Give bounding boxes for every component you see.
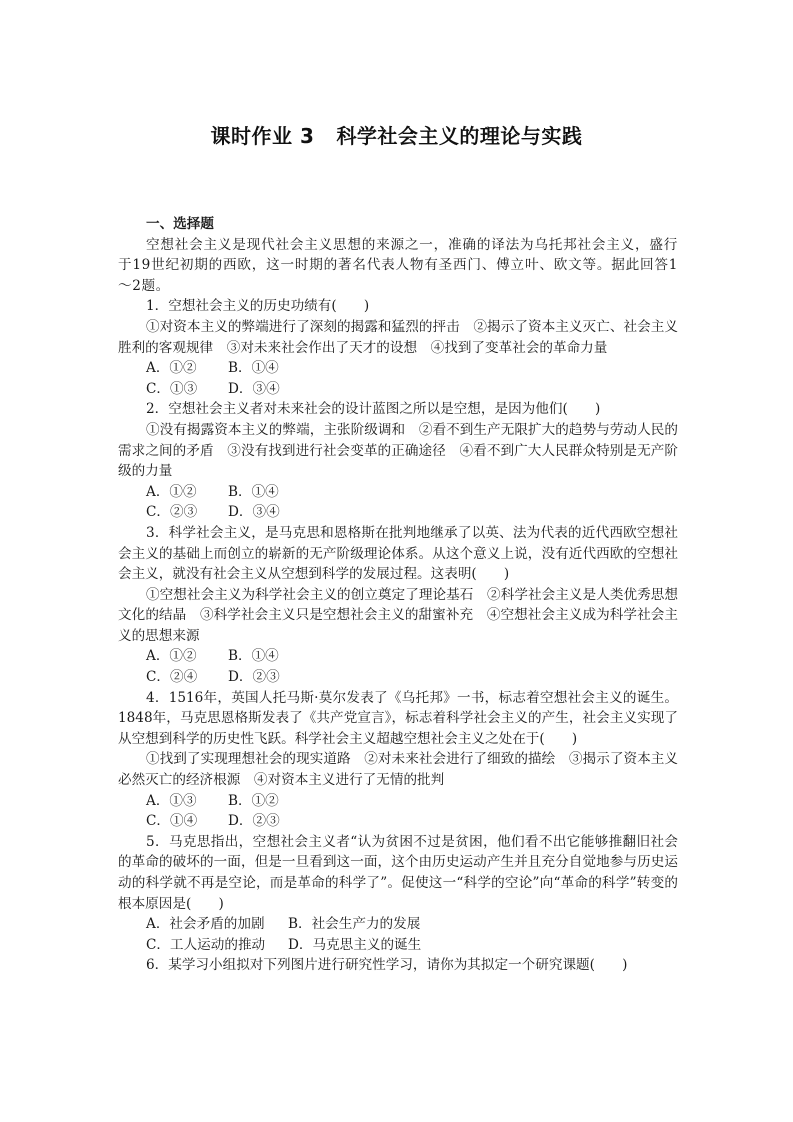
option-d[interactable]: D．③④: [228, 502, 280, 523]
option-b[interactable]: B．①④: [228, 646, 279, 667]
option-b[interactable]: B．①②: [228, 791, 279, 812]
option-c[interactable]: C．①④: [146, 811, 228, 832]
option-d[interactable]: D．③④: [228, 379, 280, 400]
option-a[interactable]: A．①③: [146, 791, 228, 812]
option-b[interactable]: B．社会生产力的发展: [288, 914, 420, 935]
options-row: C．②③D．③④: [118, 502, 678, 523]
option-a[interactable]: A．①②: [146, 646, 228, 667]
option-c[interactable]: C．①③: [146, 379, 228, 400]
option-a[interactable]: A．①②: [146, 482, 228, 503]
option-a[interactable]: A．社会矛盾的加剧: [146, 914, 288, 935]
options-row: C．工人运动的推动D．马克思主义的诞生: [118, 935, 678, 956]
question-stem: 3．科学社会主义，是马克思和恩格斯在批判地继承了以英、法为代表的近代西欧空想社会…: [118, 523, 678, 585]
question-statements: ①空想社会主义为科学社会主义的创立奠定了理论基石 ②科学社会主义是人类优秀思想文…: [118, 585, 678, 647]
question-3: 3．科学社会主义，是马克思和恩格斯在批判地继承了以英、法为代表的近代西欧空想社会…: [118, 523, 678, 688]
question-4: 4．1516年，英国人托马斯·莫尔发表了《乌托邦》一书，标志着空想社会主义的诞生…: [118, 688, 678, 832]
question-statements: ①没有揭露资本主义的弊端，主张阶级调和 ②看不到生产无限扩大的趋势与劳动人民的需…: [118, 420, 678, 482]
options-row: C．①④D．②③: [118, 811, 678, 832]
question-5: 5．马克思指出，空想社会主义者“认为贫困不过是贫困，他们看不出它能够推翻旧社会的…: [118, 832, 678, 956]
options-row: A．①②B．①④: [118, 358, 678, 379]
question-stem: 2．空想社会主义者对未来社会的设计蓝图之所以是空想，是因为他们( ): [118, 399, 678, 420]
options-row: C．①③D．③④: [118, 379, 678, 400]
intro-passage: 空想社会主义是现代社会主义思想的来源之一，准确的译法为乌托邦社会主义，盛行于19…: [118, 235, 678, 297]
question-stem: 6．某学习小组拟对下列图片进行研究性学习，请你为其拟定一个研究课题( ): [118, 955, 678, 976]
options-row: A．①②B．①④: [118, 482, 678, 503]
question-stem: 4．1516年，英国人托马斯·莫尔发表了《乌托邦》一书，标志着空想社会主义的诞生…: [118, 688, 678, 750]
question-2: 2．空想社会主义者对未来社会的设计蓝图之所以是空想，是因为他们( ) ①没有揭露…: [118, 399, 678, 523]
option-c[interactable]: C．②③: [146, 502, 228, 523]
title-main: 科学社会主义的理论与实践: [336, 124, 582, 148]
option-c[interactable]: C．②④: [146, 667, 228, 688]
document-page: 课时作业 3科学社会主义的理论与实践 一、选择题 空想社会主义是现代社会主义思想…: [0, 0, 793, 1122]
question-stem: 5．马克思指出，空想社会主义者“认为贫困不过是贫困，他们看不出它能够推翻旧社会的…: [118, 832, 678, 914]
options-row: C．②④D．②③: [118, 667, 678, 688]
question-stem: 1．空想社会主义的历史功绩有( ): [118, 296, 678, 317]
option-c[interactable]: C．工人运动的推动: [146, 935, 288, 956]
page-title: 课时作业 3科学社会主义的理论与实践: [0, 120, 793, 149]
option-a[interactable]: A．①②: [146, 358, 228, 379]
option-d[interactable]: D．②③: [228, 667, 280, 688]
options-row: A．社会矛盾的加剧B．社会生产力的发展: [118, 914, 678, 935]
section-heading: 一、选择题: [118, 214, 678, 235]
question-statements: ①找到了实现理想社会的现实道路 ②对未来社会进行了细致的描绘 ③揭示了资本主义必…: [118, 749, 678, 790]
question-statements: ①对资本主义的弊端进行了深刻的揭露和猛烈的抨击 ②揭示了资本主义灭亡、社会主义胜…: [118, 317, 678, 358]
document-body: 一、选择题 空想社会主义是现代社会主义思想的来源之一，准确的译法为乌托邦社会主义…: [118, 214, 678, 976]
option-d[interactable]: D．②③: [228, 811, 280, 832]
question-1: 1．空想社会主义的历史功绩有( ) ①对资本主义的弊端进行了深刻的揭露和猛烈的抨…: [118, 296, 678, 399]
question-6: 6．某学习小组拟对下列图片进行研究性学习，请你为其拟定一个研究课题( ): [118, 955, 678, 976]
option-b[interactable]: B．①④: [228, 482, 279, 503]
options-row: A．①②B．①④: [118, 646, 678, 667]
option-d[interactable]: D．马克思主义的诞生: [288, 935, 421, 956]
options-row: A．①③B．①②: [118, 791, 678, 812]
option-b[interactable]: B．①④: [228, 358, 279, 379]
title-prefix: 课时作业 3: [211, 124, 315, 148]
